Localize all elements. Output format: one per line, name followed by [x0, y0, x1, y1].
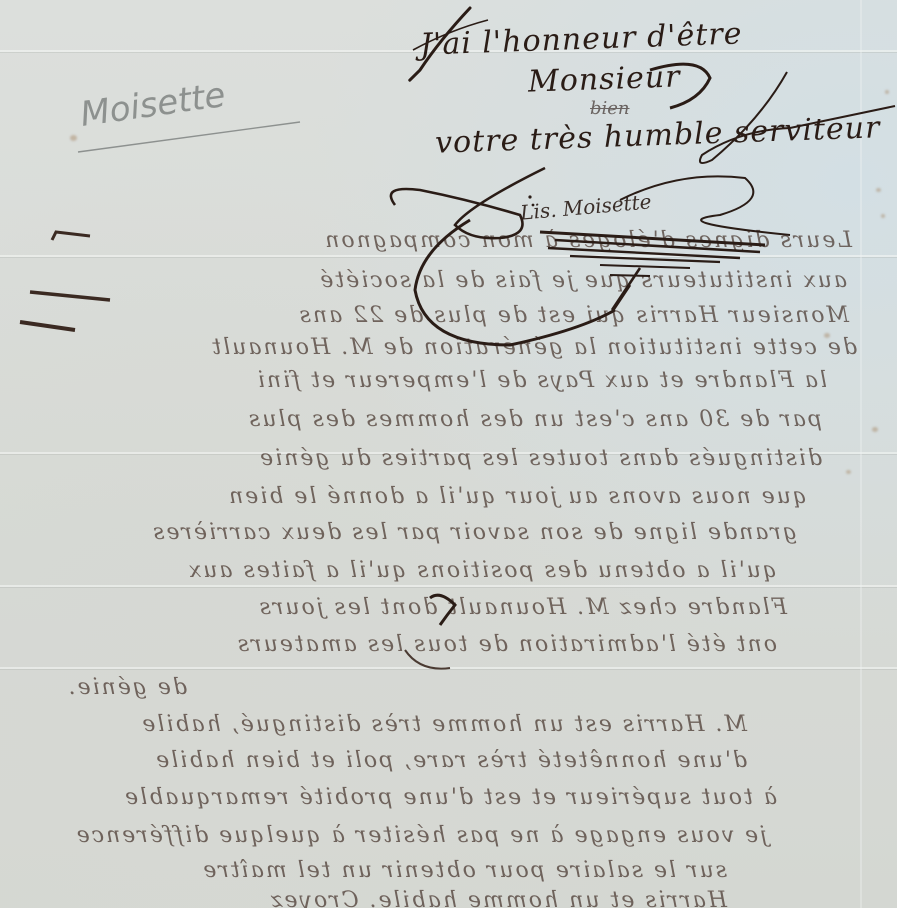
bleed-line: par de 30 ans c'est un des hommes des pl…: [247, 407, 822, 432]
paper-fold-4: [0, 585, 897, 587]
paper-fold-2: [0, 255, 897, 257]
letter-page: Moisette Leurs dignes d'éloges à mon com…: [0, 0, 897, 908]
bleed-line: sur le salaire pour obtenir un tel maîtr…: [201, 858, 727, 883]
bleed-line: de cette institution la génération de M.…: [210, 335, 857, 360]
foxing-spot: [885, 90, 889, 94]
paper-fold-5: [0, 667, 897, 669]
bleed-line: Leurs dignes d'éloges à mon compagnon: [323, 228, 852, 253]
foxing-spot: [881, 214, 885, 218]
bleed-line: je vous engage à ne pas hésiter à quelqu…: [75, 823, 767, 848]
closing-line-3: votre très humble serviteur: [435, 110, 881, 161]
bleed-line: la Flandre et aux Pays de l'empereur et …: [256, 368, 827, 393]
bleed-line: M. Harris est un homme très distingué, h…: [140, 712, 747, 737]
closing-line-2: Monsieur: [527, 59, 681, 99]
bleed-line: que nous avons au jour qu'il a donné le …: [227, 484, 807, 509]
closing-line-1: J'ai l'honneur d'être: [419, 16, 742, 62]
bleed-line: distingués dans toutes les parties du gé…: [258, 446, 822, 471]
bleed-line: Flandre chez M. Hounault dont les jours: [258, 595, 787, 620]
bleed-line: d'une honnêteté très rare, poli et bien …: [154, 748, 747, 773]
foxing-spot: [70, 135, 77, 141]
struck-word: bien: [590, 98, 630, 119]
signature: Lis. Moisette: [519, 189, 652, 224]
bleed-line: ont été l'admiration de tous les amateur…: [236, 632, 777, 657]
bleed-line: aux instituteurs que je fais de la socié…: [318, 268, 847, 293]
foxing-spot: [876, 188, 881, 192]
bleed-line: qu'il a obtenu des positions qu'il a fai…: [187, 558, 777, 583]
bleed-line: grande ligne de son savoir par les deux …: [151, 520, 797, 545]
bleed-line: Harris et un homme habile. Croyez: [269, 888, 727, 908]
bleed-line: Monsieur Harris qui est de plus de 22 an…: [298, 303, 849, 328]
bleed-line: à tout supérieur et est d'une probité re…: [123, 785, 777, 810]
pencil-annotation: Moisette: [78, 75, 228, 135]
bleed-line: de génie.: [67, 675, 187, 700]
